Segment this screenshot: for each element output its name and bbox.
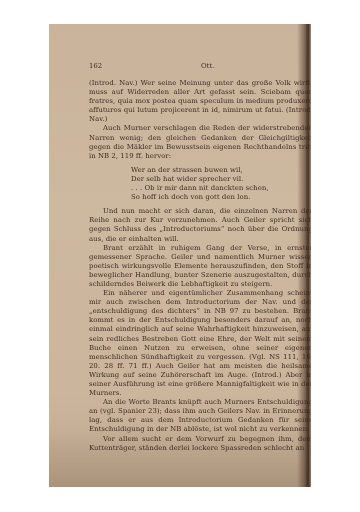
paragraph: Auch Murner verschlagen die Reden der wi…	[89, 124, 311, 160]
running-head: Ott.	[201, 62, 214, 70]
verse-line: . . . Ob ir mir dann nit danckten schon,	[131, 184, 311, 193]
paragraph: (Introd. Nav.) Wer seine Meinung unter d…	[89, 79, 311, 124]
page-header: 162 Ott.	[89, 62, 311, 72]
paragraph: Ein näherer und eigentümlicher Zusammenh…	[89, 289, 311, 398]
verse-line: Der selb hat wider sprecher vil.	[131, 175, 311, 184]
verse-line: Wer an der strassen buwen wil,	[131, 166, 311, 175]
page-number: 162	[89, 62, 102, 70]
paragraph: Und nun macht er sich daran, die einzeln…	[89, 207, 311, 243]
verse-quote: Wer an der strassen buwen wil, Der selb …	[131, 166, 311, 202]
paragraph: An die Worte Brants knüpft auch Murners …	[89, 398, 311, 434]
book-page: 162 Ott. (Introd. Nav.) Wer seine Meinun…	[49, 24, 311, 487]
verse-line: So hoff ich doch von gott den lon.	[131, 193, 311, 202]
paragraph: Vor allem sucht er dem Vorwurf zu begegn…	[89, 435, 311, 453]
page-body: (Introd. Nav.) Wer seine Meinung unter d…	[89, 79, 311, 453]
paragraph: Brant erzählt in ruhigem Gang der Verse,…	[89, 244, 311, 289]
